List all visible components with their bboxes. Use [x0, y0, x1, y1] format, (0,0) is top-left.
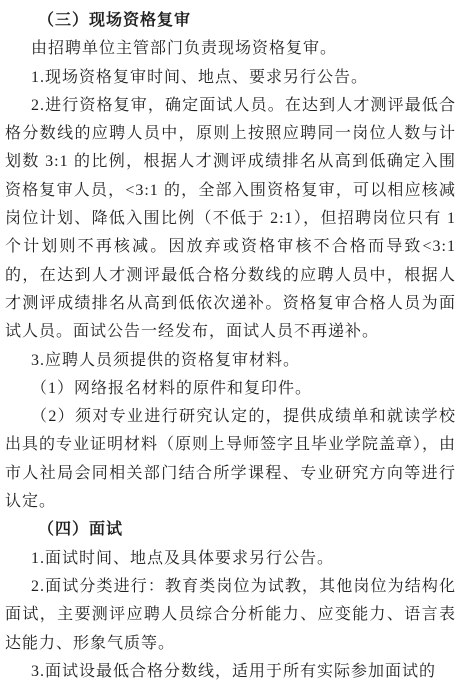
paragraph-interview-time-place-notice: 1.面试时间、地点及具体要求另行公告。: [5, 545, 456, 573]
paragraph-review-ratio-rules: 2.进行资格复审，确定面试人员。在达到人才测评最低合格分数线的应聘人员中，原则上…: [5, 92, 456, 347]
paragraph-interview-categories: 2.面试分类进行：教育类岗位为试教，其他岗位为结构化面试，主要测评应聘人员综合分…: [5, 573, 456, 658]
paragraph-material-major-certification: （2）须对专业进行研究认定的，提供成绩单和就读学校出具的专业证明材料（原则上导师…: [5, 403, 456, 516]
paragraph-material-online-registration: （1）网络报名材料的原件和复印件。: [5, 375, 456, 403]
paragraph-required-materials-intro: 3.应聘人员须提供的资格复审材料。: [5, 347, 456, 375]
section-heading-interview: （四）面试: [5, 516, 456, 544]
paragraph-review-responsible-department: 由招聘单位主管部门负责现场资格复审。: [5, 35, 456, 63]
section-heading-onsite-qualification-review: （三）现场资格复审: [5, 7, 456, 35]
paragraph-interview-minimum-score: 3.面试设最低合格分数线，适用于所有实际参加面试的: [5, 658, 456, 686]
paragraph-review-time-place-notice: 1.现场资格复审时间、地点、要求另行公告。: [5, 64, 456, 92]
document-page: （三）现场资格复审 由招聘单位主管部门负责现场资格复审。 1.现场资格复审时间、…: [0, 0, 462, 687]
